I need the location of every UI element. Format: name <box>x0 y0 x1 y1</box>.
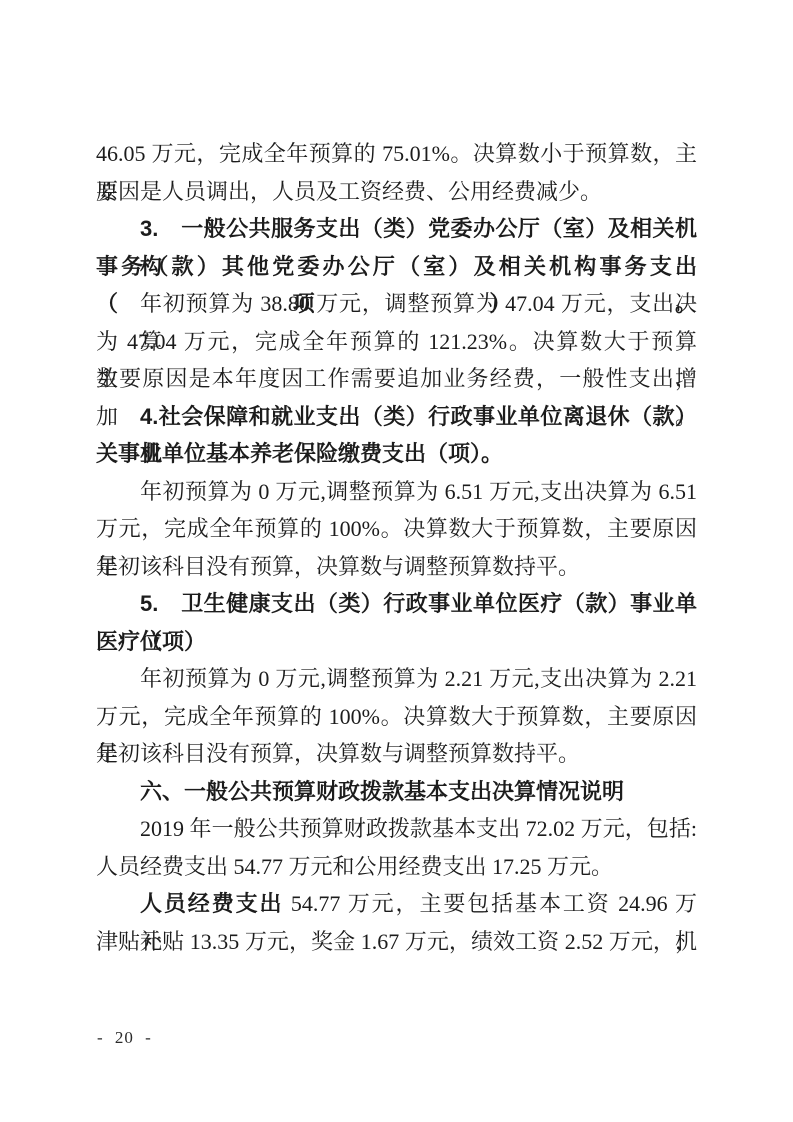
text-line: 人员经费支出 54.77 万元和公用经费支出 17.25 万元。 <box>96 848 697 886</box>
bold-text-run: 六、一般公共预算财政拨款基本支出决算情况说明 <box>140 779 624 804</box>
text-line: 万元，完成全年预算的 100%。决算数大于预算数，主要原因是 <box>96 698 697 736</box>
text-line: 年初预算为 0 万元,调整预算为 6.51 万元,支出决算为 6.51 <box>96 473 697 511</box>
text-run: 2019 年一般公共预算财政拨款基本支出 72.02 万元，包括: <box>140 816 697 841</box>
text-run: 年初该科目没有预算，决算数与调整预算数持平。 <box>96 741 580 766</box>
bold-text-run: 人员经费支出 <box>140 891 283 916</box>
text-run: 津贴补贴 13.35 万元，奖金 1.67 万元，绩效工资 2.52 万元，机 <box>96 929 697 954</box>
text-run: 年初预算为 0 万元,调整预算为 6.51 万元,支出决算为 6.51 <box>140 479 697 504</box>
text-line: 六、一般公共预算财政拨款基本支出决算情况说明 <box>96 773 697 811</box>
text-line: 事务（款）其他党委办公厅（室）及相关机构事务支出（项）。 <box>96 248 697 286</box>
bold-text-run: 关事业单位基本养老保险缴费支出（项）。 <box>96 441 503 466</box>
text-line: 万元，完成全年预算的 100%。决算数大于预算数，主要原因是 <box>96 510 697 548</box>
text-line: 关事业单位基本养老保险缴费支出（项）。 <box>96 435 697 473</box>
document-page: 46.05 万元，完成全年预算的 75.01%。决算数小于预算数，主要原因是人员… <box>0 0 793 1122</box>
text-run: 年初预算为 0 万元,调整预算为 2.21 万元,支出决算为 2.21 <box>140 666 697 691</box>
text-line: 津贴补贴 13.35 万元，奖金 1.67 万元，绩效工资 2.52 万元，机 <box>96 923 697 961</box>
text-line: 4.社会保障和就业支出（类）行政事业单位离退休（款）机 <box>96 398 697 436</box>
text-line: 3. 一般公共服务支出（类）党委办公厅（室）及相关机构 <box>96 210 697 248</box>
text-line: 年初预算为 0 万元,调整预算为 2.21 万元,支出决算为 2.21 <box>96 660 697 698</box>
text-line: 年初该科目没有预算，决算数与调整预算数持平。 <box>96 548 697 586</box>
text-run: 人员经费支出 54.77 万元和公用经费支出 17.25 万元。 <box>96 854 613 879</box>
text-line: 年初该科目没有预算，决算数与调整预算数持平。 <box>96 735 697 773</box>
text-line: 人员经费支出 54.77 万元，主要包括基本工资 24.96 万元， <box>96 885 697 923</box>
text-line: 年初预算为 38.80 万元，调整预算为 47.04 万元，支出决算 <box>96 285 697 323</box>
text-line: 医疗（项） <box>96 623 697 661</box>
text-line: 主要原因是本年度因工作需要追加业务经费，一般性支出增加。 <box>96 360 697 398</box>
text-run: 原因是人员调出，人员及工资经费、公用经费减少。 <box>96 179 602 204</box>
text-line: 为 47.04 万元，完成全年预算的 121.23%。决算数大于预算数， <box>96 323 697 361</box>
text-line: 5. 卫生健康支出（类）行政事业单位医疗（款）事业单位 <box>96 585 697 623</box>
bold-text-run: 医疗（项） <box>96 629 206 654</box>
text-line: 46.05 万元，完成全年预算的 75.01%。决算数小于预算数，主要 <box>96 135 697 173</box>
document-body: 46.05 万元，完成全年预算的 75.01%。决算数小于预算数，主要原因是人员… <box>96 135 697 960</box>
text-run: 年初该科目没有预算，决算数与调整预算数持平。 <box>96 554 580 579</box>
text-line: 2019 年一般公共预算财政拨款基本支出 72.02 万元，包括: <box>96 810 697 848</box>
page-number: - 20 - <box>97 1028 152 1048</box>
text-line: 原因是人员调出，人员及工资经费、公用经费减少。 <box>96 173 697 211</box>
